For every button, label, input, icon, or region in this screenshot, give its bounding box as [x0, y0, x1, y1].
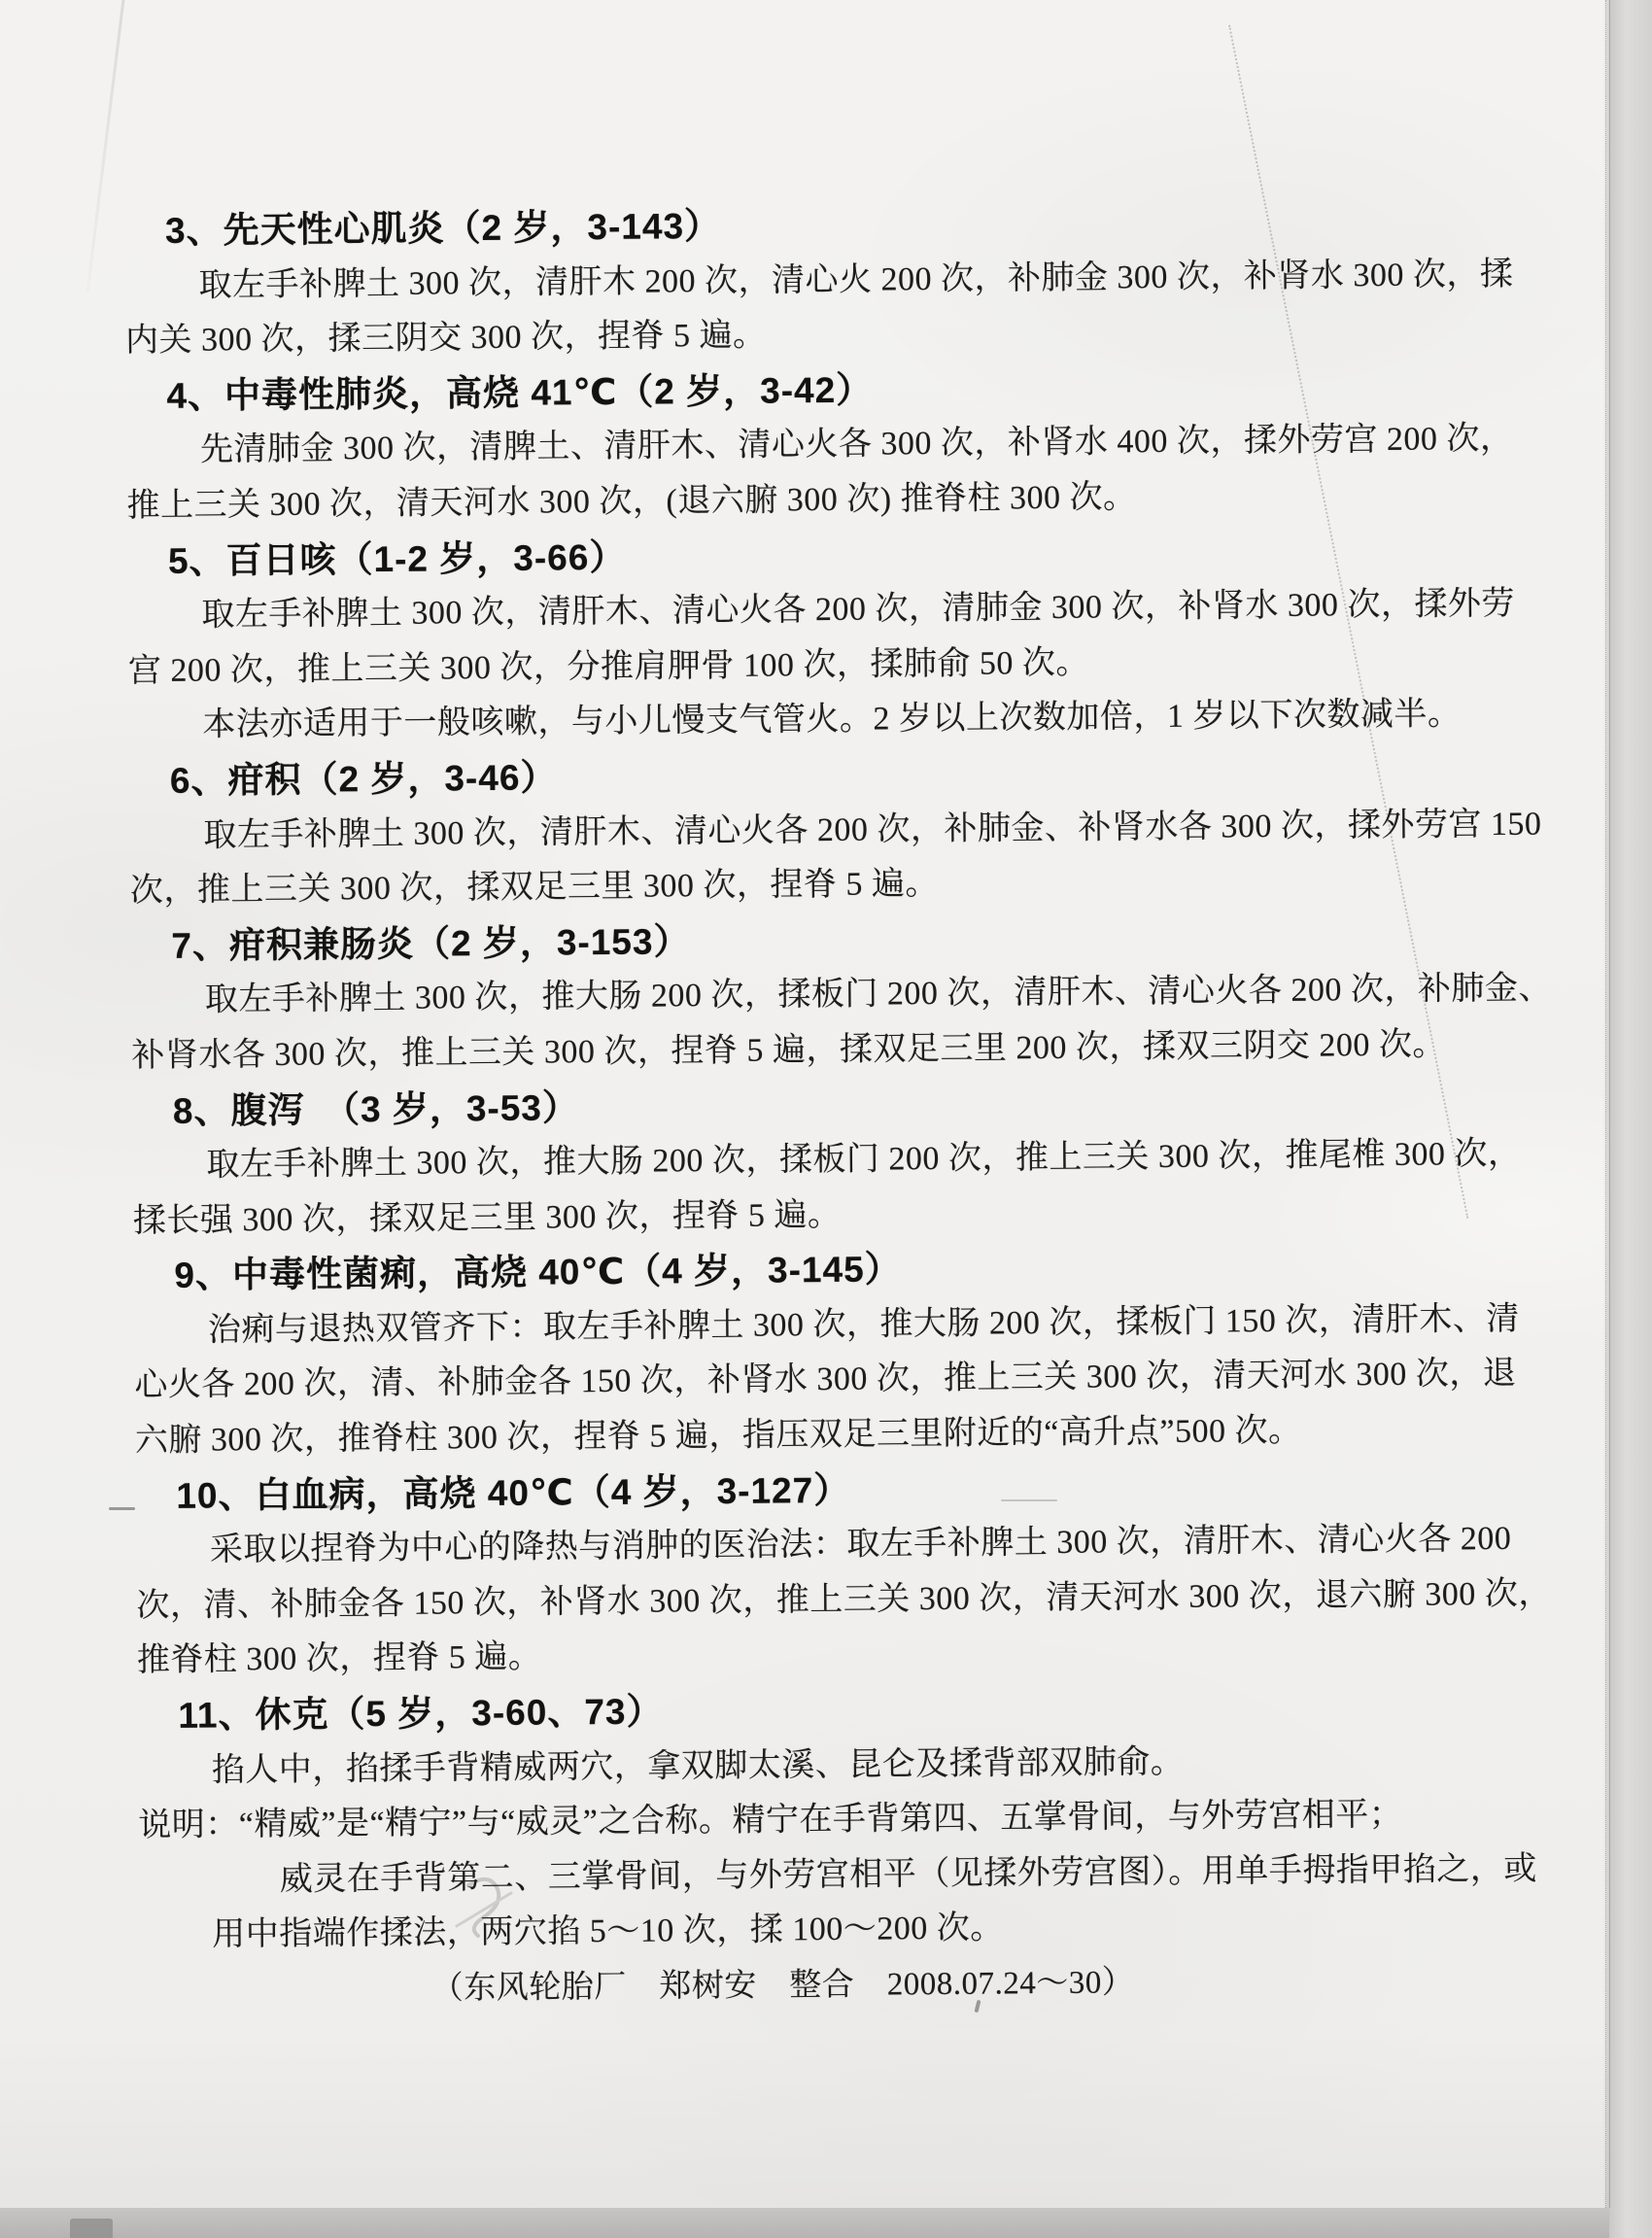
attribution-line: （东风轮胎厂 郑树安 整合 2008.07.24～30）	[431, 1951, 1652, 2017]
section: 5、百日咳（1-2 岁，3-66）取左手补脾土 300 次，清肝木、清心火各 2…	[127, 522, 1606, 755]
paper-edge-line	[1605, 0, 1606, 2208]
scanned-paper-page: 3、先天性心肌炎（2 岁，3-143）取左手补脾土 300 次，清肝木 200 …	[0, 0, 1609, 2208]
scanner-background-bottom	[0, 2208, 1609, 2238]
scanner-background-right	[1609, 0, 1652, 2238]
document-body: 3、先天性心肌炎（2 岁，3-143）取左手补脾土 300 次，清肝木 200 …	[0, 0, 1617, 1965]
section: 10、白血病，高烧 40℃（4 岁，3-127）采取以捏脊为中心的降热与消肿的医…	[135, 1457, 1614, 1690]
section: 8、腹泻 （3 岁，3-53）取左手补脾土 300 次，推大肠 200 次，揉板…	[132, 1071, 1610, 1249]
section: 7、疳积兼肠炎（2 岁，3-153）取左手补脾土 300 次，推大肠 200 次…	[130, 907, 1608, 1085]
section: 6、疳积（2 岁，3-46）取左手补脾土 300 次，清肝木、清心火各 200 …	[129, 741, 1607, 919]
section: 9、中毒性菌痢，高烧 40℃（4 岁，3-145）治痢与退热双管齐下：取左手补脾…	[133, 1236, 1612, 1469]
page-content-tilt-wrapper: 3、先天性心肌炎（2 岁，3-143）取左手补脾土 300 次，清肝木 200 …	[0, 0, 1652, 2020]
section: 4、中毒性肺炎，高烧 41℃（2 岁，3-42）先清肺金 300 次，清脾土、清…	[125, 357, 1603, 534]
section: 11、休克（5 岁，3-60、73）掐人中，掐揉手背精威两穴，拿双脚太溪、昆仑及…	[137, 1676, 1616, 1964]
scanner-corner-mark	[70, 2219, 113, 2238]
section: 3、先天性心肌炎（2 岁，3-143）取左手补脾土 300 次，清肝木 200 …	[124, 191, 1602, 369]
